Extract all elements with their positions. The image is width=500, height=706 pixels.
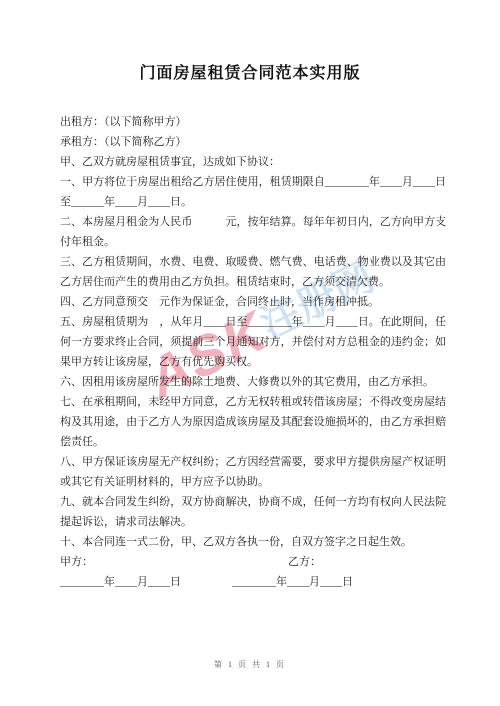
contract-page: ASK注册网 门面房屋租赁合同范本实用版 出租方：（以下简称甲方） 承租方：（以… (0, 0, 500, 706)
page-title: 门面房屋租赁合同范本实用版 (0, 60, 500, 83)
signature-row: 甲方： 乙方： (60, 552, 446, 572)
page-footer: 第 1 页 共 1 页 (0, 659, 500, 670)
paragraph-clause-2: 二、本房屋月租金为人民币 元，按年结算。每年年初日内，乙方向甲方支付年租金。 (60, 212, 446, 252)
paragraph-clause-7: 七、在承租期间，未经甲方同意，乙方无权转租或转借该房屋；不得改变房屋结构及其用途… (60, 392, 446, 452)
paragraph-clause-1: 一、甲方将位于房屋出租给乙方居住使用，租赁期限自________年____月__… (60, 172, 446, 212)
paragraph-lessor: 出租方：（以下简称甲方） (60, 112, 446, 132)
paragraph-preamble: 甲、乙双方就房屋租赁事宜，达成如下协议： (60, 152, 446, 172)
date-row: ________年____月____日 ________年____月____日 (60, 572, 446, 592)
paragraph-clause-6: 六、因租用该房屋所发生的除土地费、大修费以外的其它费用，由乙方承担。 (60, 372, 446, 392)
paragraph-clause-4: 四、乙方同意预交 元作为保证金，合同终止时，当作房租冲抵。 (60, 292, 446, 312)
paragraph-clause-9: 九、就本合同发生纠纷，双方协商解决，协商不成，任何一方均有权向人民法院提起诉讼，… (60, 492, 446, 532)
party-b-date-blank: ________年____月____日 (232, 572, 353, 592)
paragraph-clause-8: 八、甲方保证该房屋无产权纠纷；乙方因经营需要，要求甲方提供房屋产权证明或其它有关… (60, 452, 446, 492)
paragraph-clause-5: 五、房屋租赁期为 ，从年月____日至________年____月____日。在… (60, 312, 446, 372)
party-b-label: 乙方： (288, 552, 321, 572)
paragraph-lessee: 承租方：（以下简称乙方） (60, 132, 446, 152)
paragraph-clause-10: 十、本合同连一式二份，甲、乙双方各执一份，自双方签字之日起生效。 (60, 532, 446, 552)
party-a-date-blank: ________年____月____日 (60, 572, 181, 592)
contract-body: 出租方：（以下简称甲方） 承租方：（以下简称乙方） 甲、乙双方就房屋租赁事宜，达… (60, 112, 446, 592)
paragraph-clause-3: 三、乙方租赁期间，水费、电费、取暖费、燃气费、电话费、物业费以及其它由乙方居住而… (60, 252, 446, 292)
party-a-label: 甲方： (60, 556, 93, 568)
